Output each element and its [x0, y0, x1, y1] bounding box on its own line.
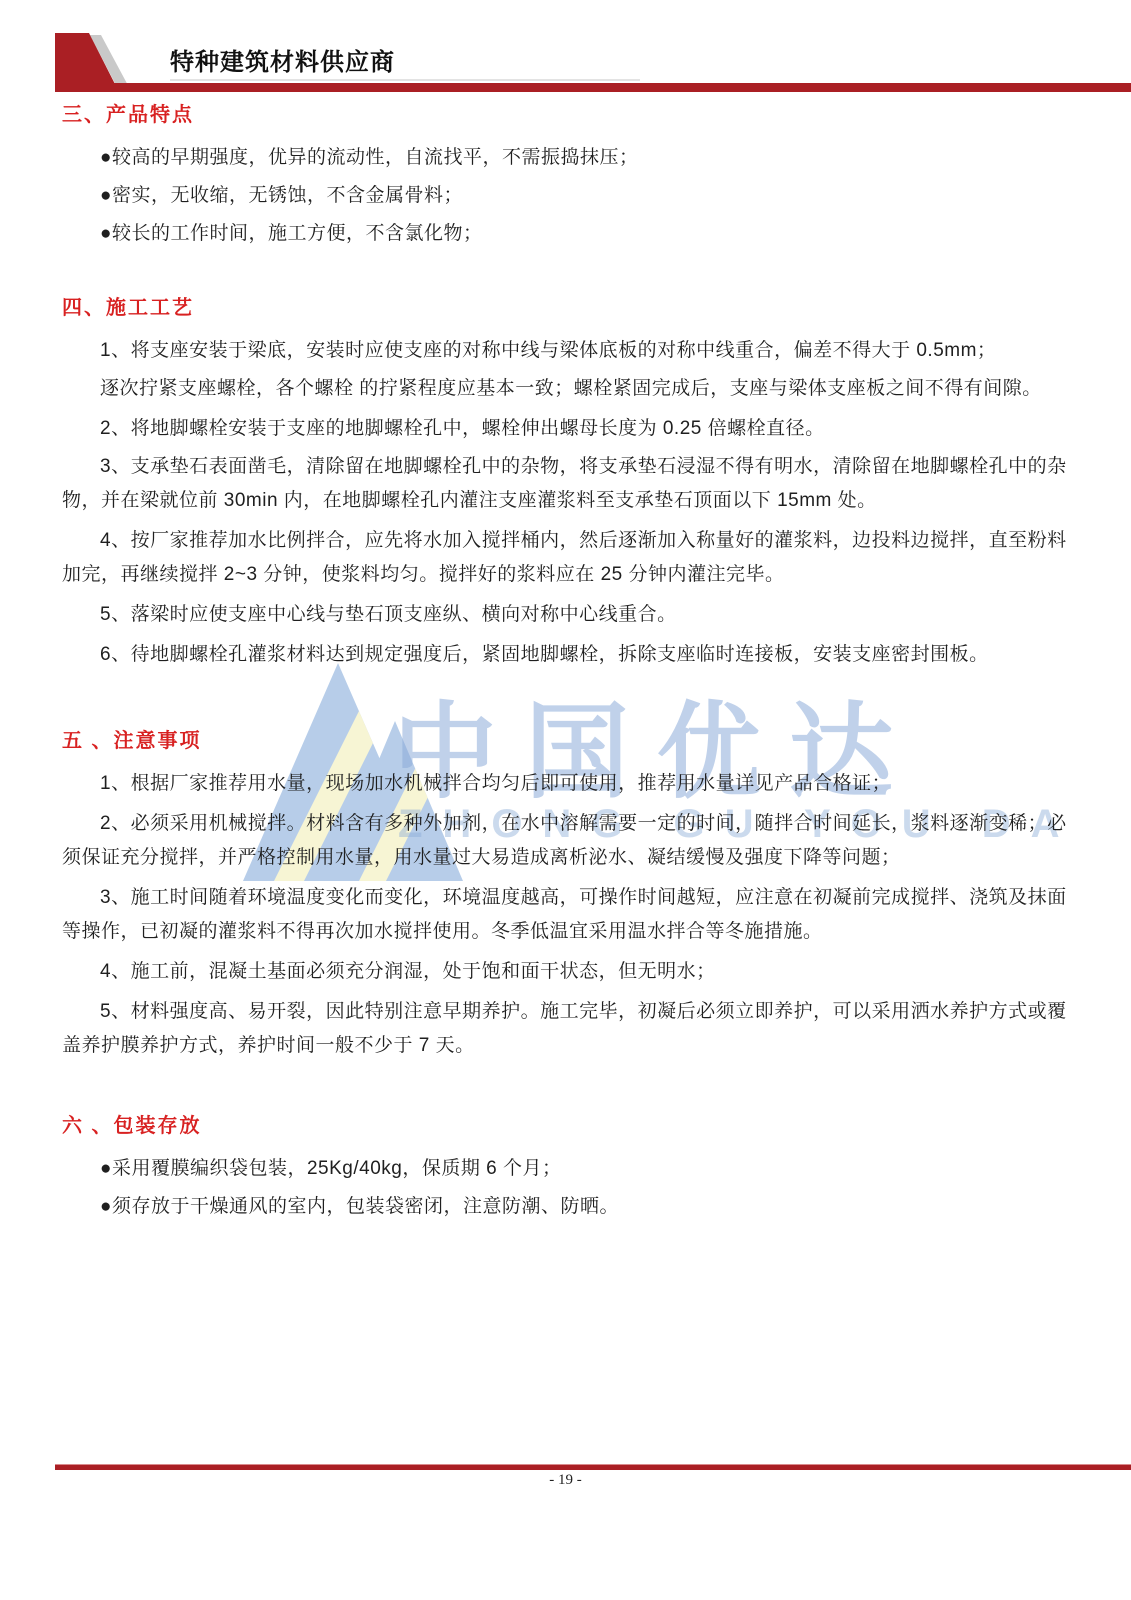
numbered-item: 5、材料强度高、易开裂，因此特别注意早期养护。施工完毕，初凝后必须立即养护，可以… [62, 995, 1073, 1063]
section-heading-precautions: 五 、注意事项 [62, 724, 1073, 753]
numbered-item: 4、施工前，混凝土基面必须充分润湿，处于饱和面干状态，但无明水； [62, 955, 1073, 989]
numbered-item: 3、支承垫石表面凿毛，清除留在地脚螺栓孔中的杂物，将支承垫石浸湿不得有明水，清除… [62, 450, 1073, 518]
numbered-item: 2、必须采用机械搅拌。材料含有多种外加剂，在水中溶解需要一定的时间，随拌合时间延… [62, 807, 1073, 875]
bullet-item: ●须存放于干燥通风的室内，包装袋密闭，注意防潮、防晒。 [62, 1190, 1073, 1224]
numbered-item: 1、根据厂家推荐用水量，现场加水机械拌合均匀后即可使用，推荐用水量详见产品合格证… [62, 767, 1073, 801]
numbered-item: 5、落梁时应使支座中心线与垫石顶支座纵、横向对称中心线重合。 [62, 598, 1073, 632]
numbered-item: 2、将地脚螺栓安装于支座的地脚螺栓孔中，螺栓伸出螺母长度为 0.25 倍螺栓直径… [62, 412, 1073, 446]
header-rule [55, 83, 1131, 92]
header-title-shadow-line [170, 79, 640, 81]
section-heading-product-features: 三、产品特点 [62, 98, 1073, 127]
section-heading-construction-process: 四、施工工艺 [62, 291, 1073, 320]
paragraph: 逐次拧紧支座螺栓，各个螺栓 的拧紧程度应基本一致；螺栓紧固完成后，支座与梁体支座… [62, 372, 1073, 406]
footer-rule [55, 1464, 1131, 1470]
numbered-item: 6、待地脚螺栓孔灌浆材料达到规定强度后，紧固地脚螺栓，拆除支座临时连接板，安装支… [62, 638, 1073, 672]
document-page: 中国优达 ZHONG GU YOU DA 特种建筑材料供应商 三、产品特点 ●较… [0, 0, 1131, 1600]
numbered-item: 3、施工时间随着环境温度变化而变化，环境温度越高，可操作时间越短，应注意在初凝前… [62, 881, 1073, 949]
bullet-item: ●密实，无收缩，无锈蚀，不含金属骨料； [62, 179, 1073, 213]
bullet-item: ●较长的工作时间，施工方便，不含氯化物； [62, 217, 1073, 251]
section-heading-packaging-storage: 六 、包装存放 [62, 1109, 1073, 1138]
numbered-item: 4、按厂家推荐加水比例拌合，应先将水加入搅拌桶内，然后逐渐加入称量好的灌浆料，边… [62, 524, 1073, 592]
numbered-item: 1、将支座安装于梁底，安装时应使支座的对称中线与梁体底板的对称中线重合，偏差不得… [62, 334, 1073, 368]
page-number: - 19 - [0, 1472, 1131, 1489]
bullet-item: ●较高的早期强度，优异的流动性，自流找平，不需振捣抹压； [62, 141, 1073, 175]
brand-title: 特种建筑材料供应商 [170, 42, 395, 77]
document-body: 三、产品特点 ●较高的早期强度，优异的流动性，自流找平，不需振捣抹压； ●密实，… [62, 98, 1073, 1228]
bullet-item: ●采用覆膜编织袋包装，25Kg/40kg，保质期 6 个月； [62, 1152, 1073, 1186]
